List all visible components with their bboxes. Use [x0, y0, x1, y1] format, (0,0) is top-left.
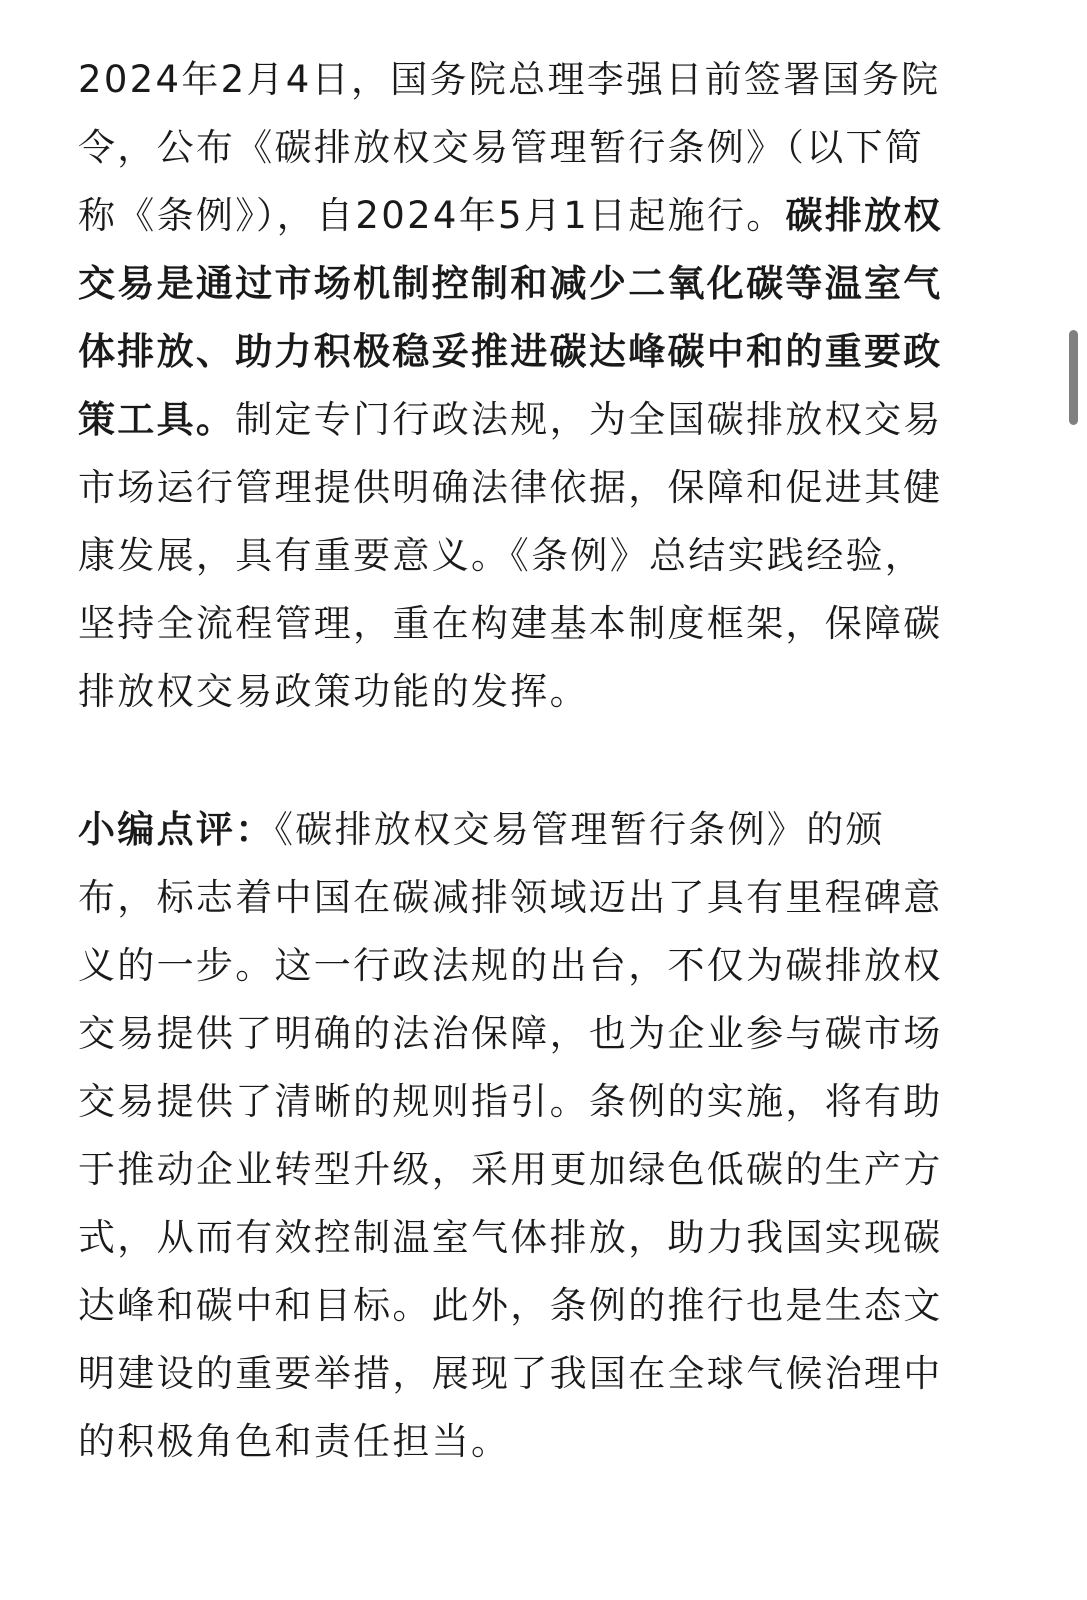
text-line: 市场运行管理提供明确法律依据，保障和促进其健: [78, 454, 998, 522]
text-span: 式，从而有效控制温室气体排放，助力我国实现碳: [78, 1216, 943, 1259]
text-line: 体排放、助力积极稳妥推进碳达峰碳中和的重要政: [78, 318, 998, 386]
text-span: 的积极角色和责任担当。: [78, 1420, 510, 1463]
text-span: 排放权交易政策功能的发挥。: [78, 670, 589, 713]
text-span: 交易提供了清晰的规则指引。条例的实施，将有助: [78, 1080, 943, 1123]
text-span: 制定专门行政法规，为全国碳排放权交易: [235, 398, 942, 441]
text-line: 策工具。制定专门行政法规，为全国碳排放权交易: [78, 386, 998, 454]
text-span: 达峰和碳中和目标。此外，条例的推行也是生态文: [78, 1284, 943, 1327]
text-span: 于推动企业转型升级，采用更加绿色低碳的生产方: [78, 1148, 943, 1191]
text-line: 康发展，具有重要意义。《条例》总结实践经验，: [78, 522, 998, 590]
text-span: 称《条例》），自2024年5月1日起施行。: [78, 194, 786, 237]
text-line: 小编点评：《碳排放权交易管理暂行条例》的颁: [78, 796, 998, 864]
text-line: 交易提供了清晰的规则指引。条例的实施，将有助: [78, 1068, 998, 1136]
text-span: 市场运行管理提供明确法律依据，保障和促进其健: [78, 466, 943, 509]
text-line: 的积极角色和责任担当。: [78, 1408, 998, 1476]
text-line: 排放权交易政策功能的发挥。: [78, 658, 998, 726]
paragraph-announcement: 2024年2月4日，国务院总理李强日前签署国务院令，公布《碳排放权交易管理暂行条…: [78, 46, 998, 726]
text-line: 布，标志着中国在碳减排领域迈出了具有里程碑意: [78, 864, 998, 932]
paragraph-gap: [78, 726, 998, 796]
vertical-scrollbar[interactable]: [1069, 330, 1078, 425]
article: 2024年2月4日，国务院总理李强日前签署国务院令，公布《碳排放权交易管理暂行条…: [78, 46, 998, 1476]
text-line: 于推动企业转型升级，采用更加绿色低碳的生产方: [78, 1136, 998, 1204]
bold-text: 碳排放权: [786, 194, 943, 237]
text-span: 《碳排放权交易管理暂行条例》的颁: [275, 808, 885, 851]
text-span: 布，标志着中国在碳减排领域迈出了具有里程碑意: [78, 876, 943, 919]
text-line: 交易是通过市场机制控制和减少二氧化碳等温室气: [78, 250, 998, 318]
text-span: 2024年2月4日，国务院总理李强日前签署国务院: [78, 58, 940, 101]
bold-text: 体排放、助力积极稳妥推进碳达峰碳中和的重要政: [78, 330, 943, 373]
text-span: 明建设的重要举措，展现了我国在全球气候治理中: [78, 1352, 943, 1395]
text-line: 称《条例》），自2024年5月1日起施行。碳排放权: [78, 182, 998, 250]
text-line: 令，公布《碳排放权交易管理暂行条例》（以下简: [78, 114, 998, 182]
text-line: 交易提供了明确的法治保障，也为企业参与碳市场: [78, 1000, 998, 1068]
paragraph-editor-comment: 小编点评：《碳排放权交易管理暂行条例》的颁布，标志着中国在碳减排领域迈出了具有里…: [78, 796, 998, 1476]
text-span: 交易提供了明确的法治保障，也为企业参与碳市场: [78, 1012, 943, 1055]
text-span: 义的一步。这一行政法规的出台，不仅为碳排放权: [78, 944, 943, 987]
text-line: 义的一步。这一行政法规的出台，不仅为碳排放权: [78, 932, 998, 1000]
text-line: 达峰和碳中和目标。此外，条例的推行也是生态文: [78, 1272, 998, 1340]
text-line: 式，从而有效控制温室气体排放，助力我国实现碳: [78, 1204, 998, 1272]
text-span: 康发展，具有重要意义。《条例》总结实践经验，: [78, 534, 924, 577]
bold-text: 小编点评：: [78, 808, 275, 851]
text-line: 明建设的重要举措，展现了我国在全球气候治理中: [78, 1340, 998, 1408]
text-span: 坚持全流程管理，重在构建基本制度框架，保障碳: [78, 602, 943, 645]
bold-text: 策工具。: [78, 398, 235, 441]
bold-text: 交易是通过市场机制控制和减少二氧化碳等温室气: [78, 262, 943, 305]
text-line: 坚持全流程管理，重在构建基本制度框架，保障碳: [78, 590, 998, 658]
text-line: 2024年2月4日，国务院总理李强日前签署国务院: [78, 46, 998, 114]
text-span: 令，公布《碳排放权交易管理暂行条例》（以下简: [78, 126, 924, 169]
